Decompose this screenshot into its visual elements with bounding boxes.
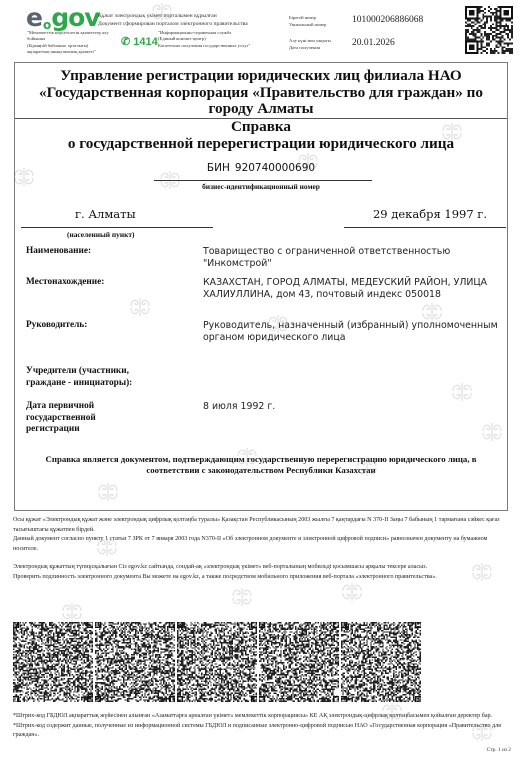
logo-gov: gov	[51, 3, 99, 32]
label-kk: Алу күні мен уақыты	[289, 37, 331, 44]
bin-line: БИН920740000690	[15, 162, 507, 174]
received-date: 20.01.2026	[352, 38, 395, 48]
legal-notice-kk: Осы құжат «Электрондық құжат және электр…	[13, 516, 513, 535]
ornament-watermark-icon	[60, 600, 84, 624]
egov-header: eogov Құжат электрондық үкімет порталыме…	[0, 0, 522, 58]
certificate-date: 29 декабря 1997 г.	[373, 207, 487, 221]
label-ru: Уникальный номер	[289, 21, 326, 28]
note-line: "Мемлекеттік көрсетілетін қызметтер алу …	[27, 30, 119, 43]
field-value-name: Товарищество с ограниченной ответственно…	[203, 246, 503, 269]
unique-number-label: Бірегей нөмір Уникальный номер	[289, 14, 326, 28]
divider	[21, 227, 213, 228]
title-line: Справка	[15, 119, 507, 136]
logo-e: e	[26, 3, 42, 32]
hotline-phone: ✆ 1414	[121, 35, 158, 48]
label-kk: Бірегей нөмір	[289, 14, 326, 21]
note-line: ақпараттық-анықтамалық қызметі"	[27, 49, 119, 55]
qr-code	[465, 6, 513, 54]
barcode-image	[13, 622, 93, 702]
received-date-label: Алу күні мен уақыты Дата получения	[289, 37, 331, 51]
ornament-watermark-icon	[230, 585, 254, 609]
phone-number: 1414	[133, 36, 157, 48]
field-label-first-registration: Дата первичной государственной регистрац…	[26, 401, 136, 436]
legal-notice-ru: Данный документ согласно пункту 1 статьи…	[13, 535, 513, 554]
page-number: Стр. 1 из 2	[487, 747, 511, 753]
label-ru: Дата получения	[289, 44, 331, 51]
verification-notice-ru: Проверить подлинность электронного докум…	[13, 573, 513, 583]
title-line: о государственной перерегистрации юридич…	[15, 136, 507, 153]
verification-notice: Электрондық құжаттың түпнұсқалығын Сіз e…	[13, 563, 513, 582]
portal-note: Құжат электрондық үкімет порталымен құры…	[98, 12, 248, 28]
divider	[154, 180, 372, 181]
verification-notice-kk: Электрондық құжаттың түпнұсқалығын Сіз e…	[13, 563, 513, 573]
field-value-first-registration: 8 июля 1992 г.	[203, 401, 503, 413]
field-label-location: Местонахождение:	[26, 277, 104, 289]
barcode-notice-kk: *Штрих-код ГБДЮЛ ақпараттық жүйесінен ал…	[13, 712, 513, 722]
barcode-image	[95, 622, 175, 702]
note-line: Касательно получения государственных усл…	[158, 43, 278, 49]
issuing-organization: Управление регистрации юридических лиц ф…	[15, 68, 507, 118]
field-label-head: Руководитель:	[26, 320, 87, 332]
document-title: Справка о государственной перерегистраци…	[15, 119, 507, 152]
contact-center-note-ru: "Информационно-справочная служба (Единый…	[158, 30, 278, 49]
barcode-notice-ru: *Штрих-код содержит данные, полученные и…	[13, 722, 513, 741]
barcode-notice: *Штрих-код ГБДЮЛ ақпараттық жүйесінен ал…	[13, 712, 513, 741]
portal-note-ru: Документ сформирован порталом электронно…	[98, 20, 248, 28]
org-line: «Государственная корпорация «Правительст…	[15, 85, 507, 102]
certificate-statement: Справка является документом, подтверждаю…	[15, 454, 507, 476]
org-line: городу Алматы	[15, 101, 507, 118]
divider	[344, 227, 506, 228]
field-value-head: Руководитель, назначенный (избранный) уп…	[203, 320, 503, 343]
certificate-body: Управление регистрации юридических лиц ф…	[14, 62, 508, 511]
document-barcodes	[13, 622, 421, 702]
legal-notice: Осы құжат «Электрондық құжат және электр…	[13, 516, 513, 554]
field-label-founders: Учредители (участники, граждане - инициа…	[26, 366, 156, 389]
bin-label: БИН	[207, 162, 230, 174]
ornament-watermark-icon	[340, 580, 364, 604]
bin-value: 920740000690	[235, 162, 315, 174]
barcode-image	[259, 622, 339, 702]
city-caption: (населенный пункт)	[67, 230, 134, 239]
unique-number: 101000206886068	[352, 15, 423, 25]
phone-icon: ✆	[121, 36, 130, 48]
bin-caption: бизнес-идентификационный номер	[15, 182, 507, 191]
org-line: Управление регистрации юридических лиц ф…	[15, 68, 507, 85]
portal-note-kk: Құжат электрондық үкімет порталымен құры…	[98, 12, 248, 20]
field-value-location: КАЗАХСТАН, ГОРОД АЛМАТЫ, МЕДЕУСКИЙ РАЙОН…	[203, 277, 503, 300]
barcode-image	[341, 622, 421, 702]
barcode-image	[177, 622, 257, 702]
city-value: г. Алматы	[75, 207, 136, 221]
contact-center-note-kk: "Мемлекеттік көрсетілетін қызметтер алу …	[27, 30, 119, 55]
field-label-name: Наименование:	[26, 246, 91, 258]
